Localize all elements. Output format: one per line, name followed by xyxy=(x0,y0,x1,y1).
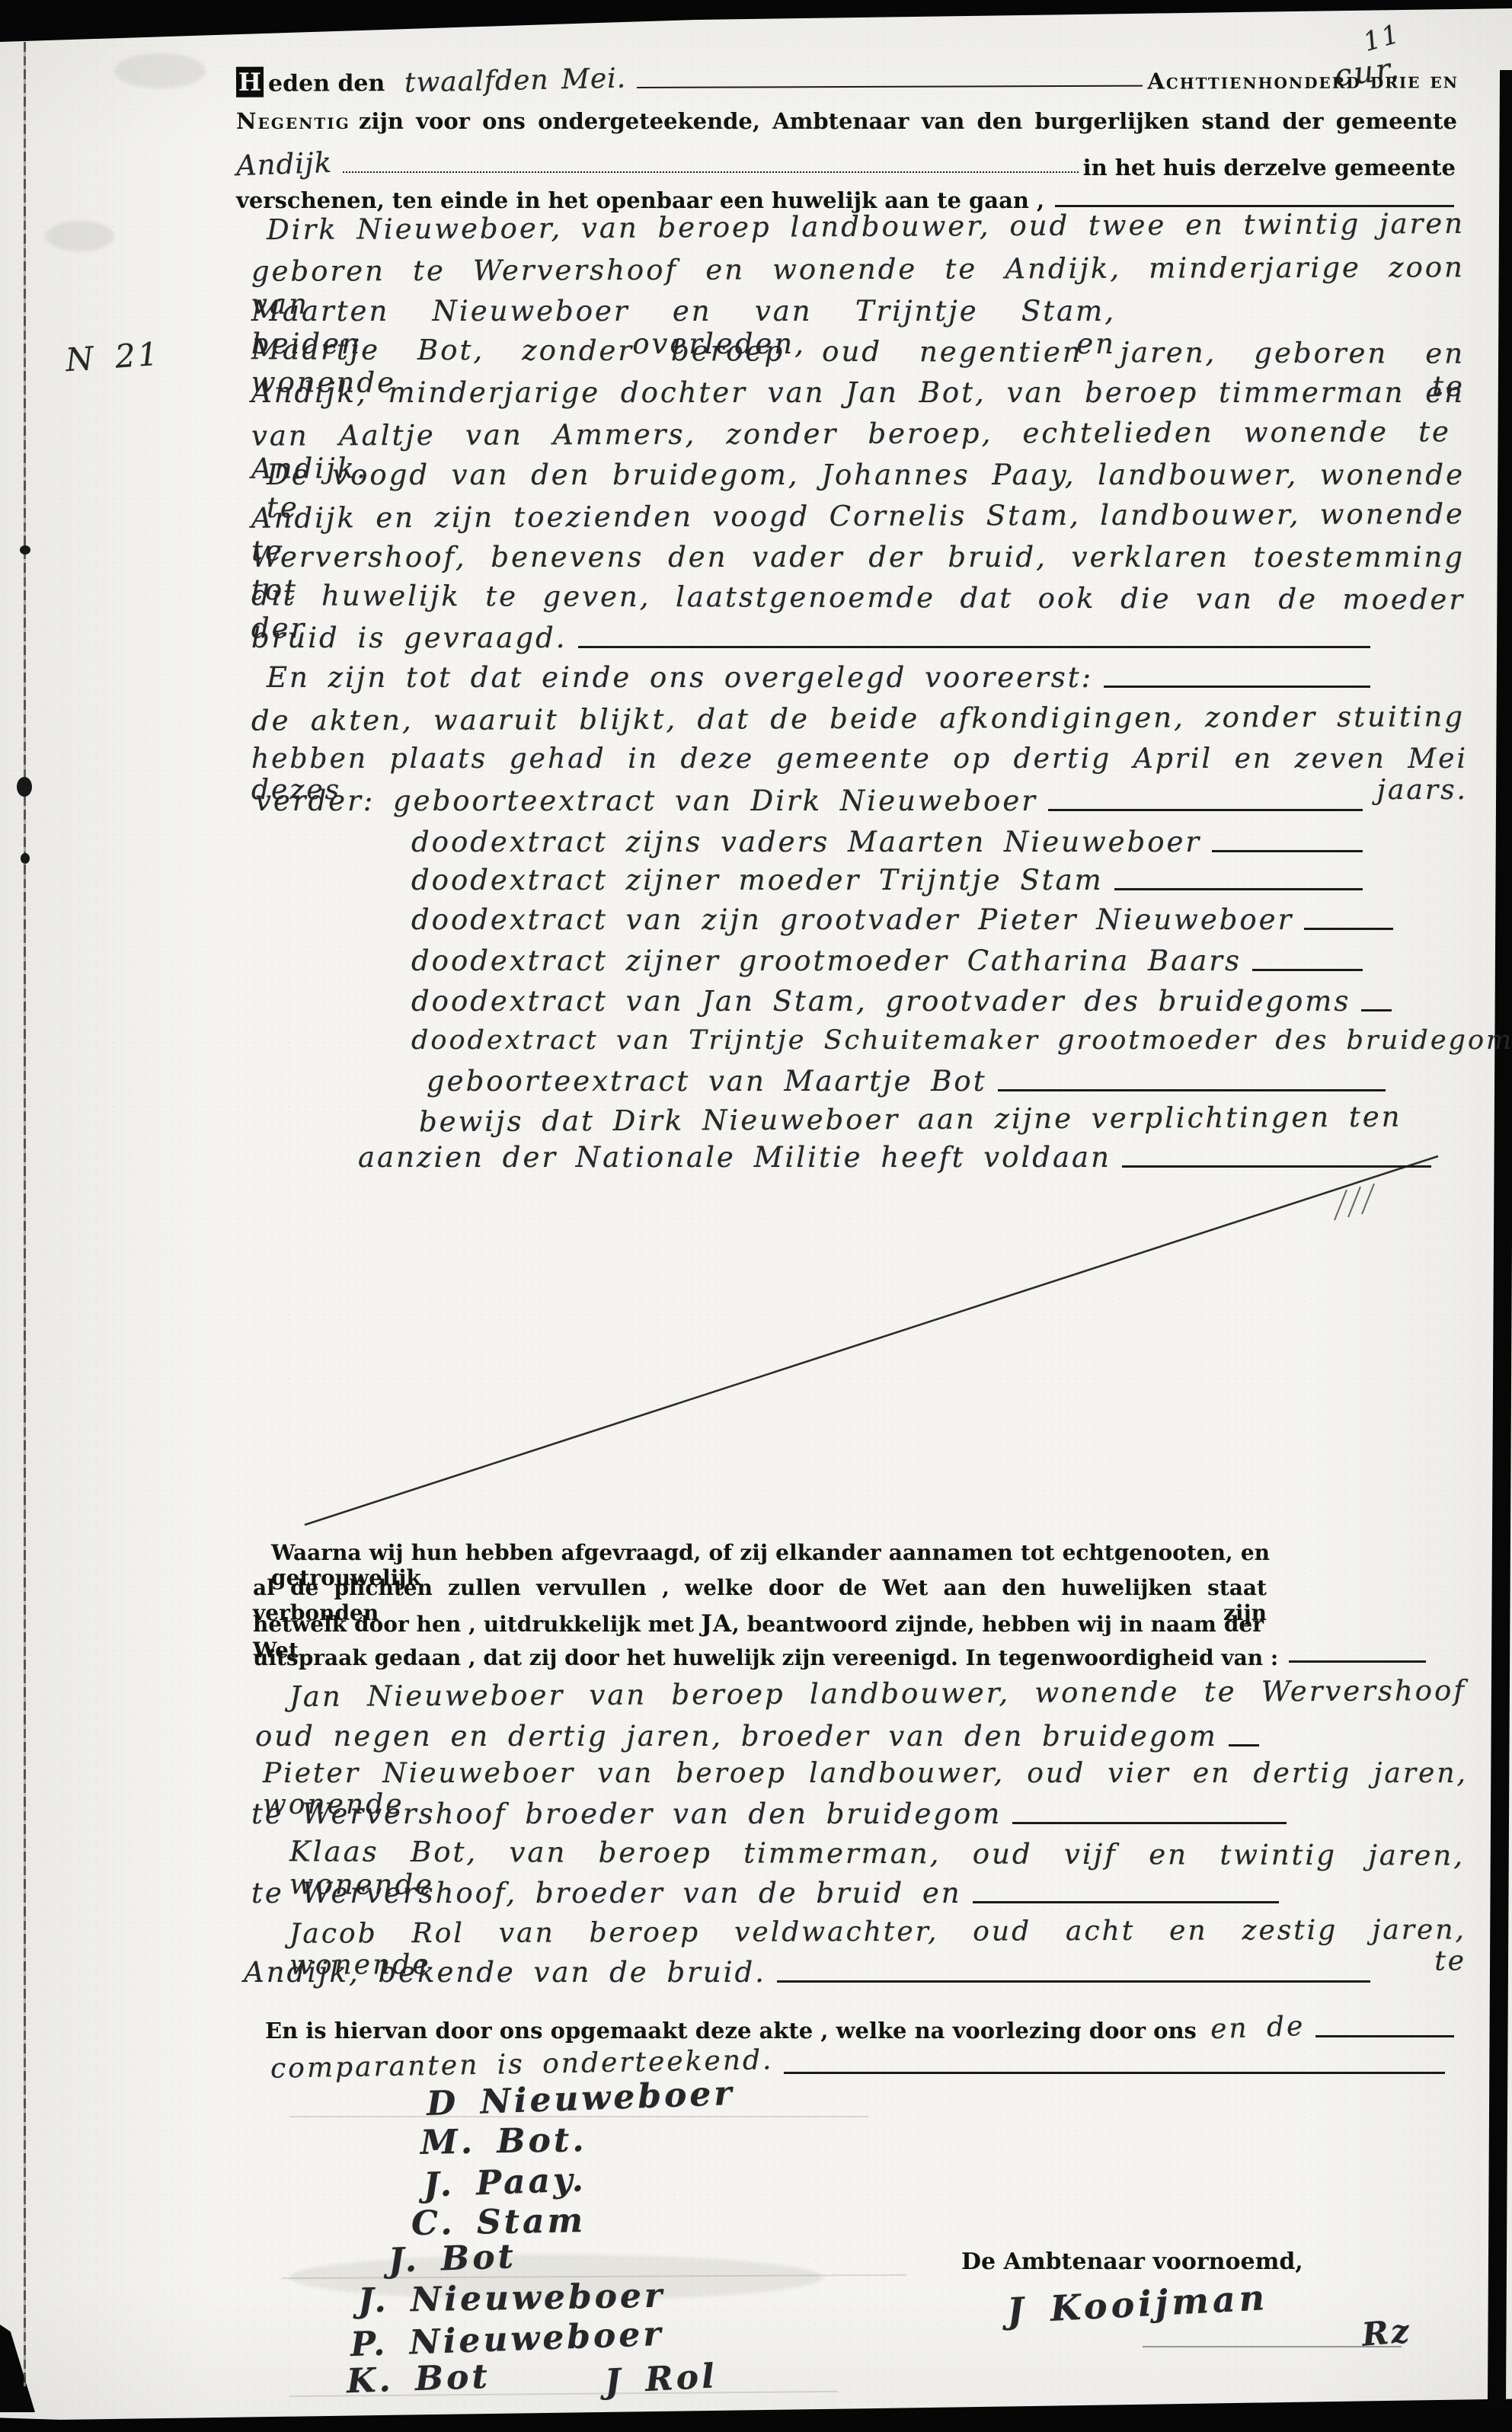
signature-underline xyxy=(1143,2346,1402,2347)
header-prefix: eden den xyxy=(268,70,385,97)
signature: C. Stam xyxy=(411,2201,587,2243)
filler-rule xyxy=(1304,928,1393,930)
filler-rule xyxy=(784,2072,1445,2074)
documents-line-text: geboorteextract van Maartje Bot xyxy=(427,1065,987,1098)
witness-line-text: Andijk, bekende van de bruid. xyxy=(244,1956,766,1989)
documents-line: bewijs dat Dirk Nieuweboer aan zijne ver… xyxy=(419,1101,1402,1139)
closing-handwritten-addition: en de xyxy=(1210,2011,1306,2045)
documents-line-text: doodextract zijns vaders Maarten Nieuweb… xyxy=(411,826,1201,858)
header-year: Achttienhonderd drie en xyxy=(1147,67,1459,94)
header-line-2-text: zijn voor ons ondergeteekende, Ambtenaar… xyxy=(359,108,1457,134)
documents-line: geboorteextract van Maartje Bot xyxy=(427,1065,1390,1098)
filler-rule xyxy=(343,171,1079,173)
witness-line: Jan Nieuweboer van beroep landbouwer, wo… xyxy=(289,1674,1466,1713)
header-line-1: H eden den twaalfden Mei. Achttienhonder… xyxy=(236,62,1459,97)
documents-line: doodextract zijns vaders Maarten Nieuweb… xyxy=(411,826,1367,858)
ink-blot xyxy=(20,545,30,554)
filler-rule xyxy=(1114,888,1363,890)
closing-line: En is hiervan door ons opgemaakt deze ak… xyxy=(265,2012,1459,2044)
witness-line: Andijk, bekende van de bruid. xyxy=(244,1956,1375,1989)
handwritten-date: twaalfden Mei. xyxy=(404,62,627,98)
filler-rule xyxy=(1252,969,1363,971)
documents-line-text: aanzien der Nationale Militie heeft vold… xyxy=(358,1141,1111,1174)
scan-border-right xyxy=(1488,70,1512,2411)
documents-line-text: doodextract van zijn grootvader Pieter N… xyxy=(411,903,1293,936)
groom-line: Dirk Nieuweboer, van beroep landbouwer, … xyxy=(267,207,1465,246)
documents-line: doodextract zijner moeder Trijntje Stam xyxy=(411,864,1367,896)
pencil-guide-line xyxy=(289,2116,868,2117)
filler-rule xyxy=(1212,850,1363,852)
witness-line-text: te Wervershoof, broeder van de bruid en xyxy=(251,1877,962,1909)
witness-line-text: oud negen en dertig jaren, broeder van d… xyxy=(255,1720,1218,1753)
vow-line-text: hetwelk door hen , uitdrukkelijk met xyxy=(253,1612,694,1637)
vow-line: uitspraak gedaan , dat zij door het huwe… xyxy=(253,1645,1332,1670)
documents-line-text: doodextract van Jan Stam, grootvader des… xyxy=(411,985,1351,1018)
handwritten-gemeente: Andijk xyxy=(235,146,332,182)
consent-line: bruid is gevraagd. xyxy=(251,622,1375,654)
filler-rule xyxy=(1315,2035,1454,2037)
documents-line-text: doodextract zijner grootmoeder Catharina… xyxy=(411,944,1242,977)
documents-line-text: doodextract zijner moeder Trijntje Stam xyxy=(411,864,1104,896)
ink-blot xyxy=(21,853,30,864)
witness-line: oud negen en dertig jaren, broeder van d… xyxy=(255,1720,1192,1753)
signature: J. Nieuweboer xyxy=(358,2276,666,2320)
documents-line-text: verder: geboorteextract van Dirk Nieuweb… xyxy=(255,785,1037,817)
consent-line-text: bruid is gevraagd. xyxy=(251,622,567,654)
filler-rule xyxy=(777,1980,1370,1983)
documents-line: aanzien der Nationale Militie heeft vold… xyxy=(358,1141,1436,1174)
signature: M. Bot. xyxy=(420,2120,587,2162)
documents-line: verder: geboorteextract van Dirk Nieuweb… xyxy=(255,785,1367,817)
closing-printed-text: En is hiervan door ons opgemaakt deze ak… xyxy=(265,2018,1197,2044)
header-negentig: Negentig xyxy=(236,108,350,134)
documents-line: de akten, waaruit blijkt, dat de beide a… xyxy=(251,700,1465,737)
witness-line: te Wervershoof broeder van den bruidegom xyxy=(251,1798,1291,1830)
signature: P. Nieuweboer xyxy=(350,2315,664,2364)
registrar-signature: J Kooijman xyxy=(1006,2277,1270,2331)
marriage-certificate-scan: 11 cur. N 21 H eden den twaalfden Mei. A… xyxy=(0,0,1512,2432)
filler-rule xyxy=(1229,1744,1259,1747)
documents-line: doodextract zijner grootmoeder Catharina… xyxy=(411,944,1367,977)
filler-rule xyxy=(1361,1009,1392,1011)
registrar-printed-label: De Ambtenaar voornoemd, xyxy=(961,2248,1303,2275)
documents-line: doodextract van zijn grootvader Pieter N… xyxy=(411,903,1398,936)
filler-rule xyxy=(637,85,1143,88)
witness-line: te Wervershoof, broeder van de bruid en xyxy=(251,1877,1283,1909)
scan-border-corner xyxy=(0,2325,35,2412)
filler-rule xyxy=(973,1901,1279,1903)
documents-line-text: En zijn tot dat einde ons overgelegd voo… xyxy=(267,661,1093,694)
signature: J Rol xyxy=(604,2357,718,2402)
filler-rule xyxy=(1048,809,1363,811)
vow-line-text: uitspraak gedaan , dat zij door het huwe… xyxy=(253,1645,1278,1670)
witness-line-text: te Wervershoof broeder van den bruidegom xyxy=(251,1798,1002,1830)
paper-smudge xyxy=(46,221,114,251)
closing-line-2: comparanten is onderteekend. xyxy=(270,2049,1450,2080)
filler-rule xyxy=(1289,1660,1426,1663)
signature: J. Bot xyxy=(388,2237,517,2280)
ink-blot xyxy=(17,777,32,797)
documents-line: doodextract van Jan Stam, grootvader des… xyxy=(411,985,1383,1018)
vow-ja: JA xyxy=(701,1610,732,1638)
bride-line: Andijk, minderjarige dochter van Jan Bot… xyxy=(251,376,1465,409)
filler-rule xyxy=(998,1089,1386,1091)
filler-rule xyxy=(578,646,1371,648)
documents-line: En zijn tot dat einde ons overgelegd voo… xyxy=(267,661,1375,694)
documents-line: doodextract van Trijntje Schuitemaker gr… xyxy=(411,1025,1512,1056)
act-number: N 21 xyxy=(64,335,161,379)
decorative-initial: H xyxy=(236,67,264,97)
header-line-3: Andijk in het huis derzelve gemeente xyxy=(236,148,1456,181)
filler-rule xyxy=(1122,1165,1431,1168)
signature: J. Paay. xyxy=(423,2160,587,2204)
paper-smudge xyxy=(114,53,206,88)
filler-rule xyxy=(1104,685,1370,688)
filler-rule xyxy=(1012,1822,1287,1824)
header-line-2: Negentig zijn voor ons ondergeteekende, … xyxy=(236,108,1457,134)
header-line-3-text: in het huis derzelve gemeente xyxy=(1083,155,1456,181)
binding-stitch-line xyxy=(24,42,26,2386)
